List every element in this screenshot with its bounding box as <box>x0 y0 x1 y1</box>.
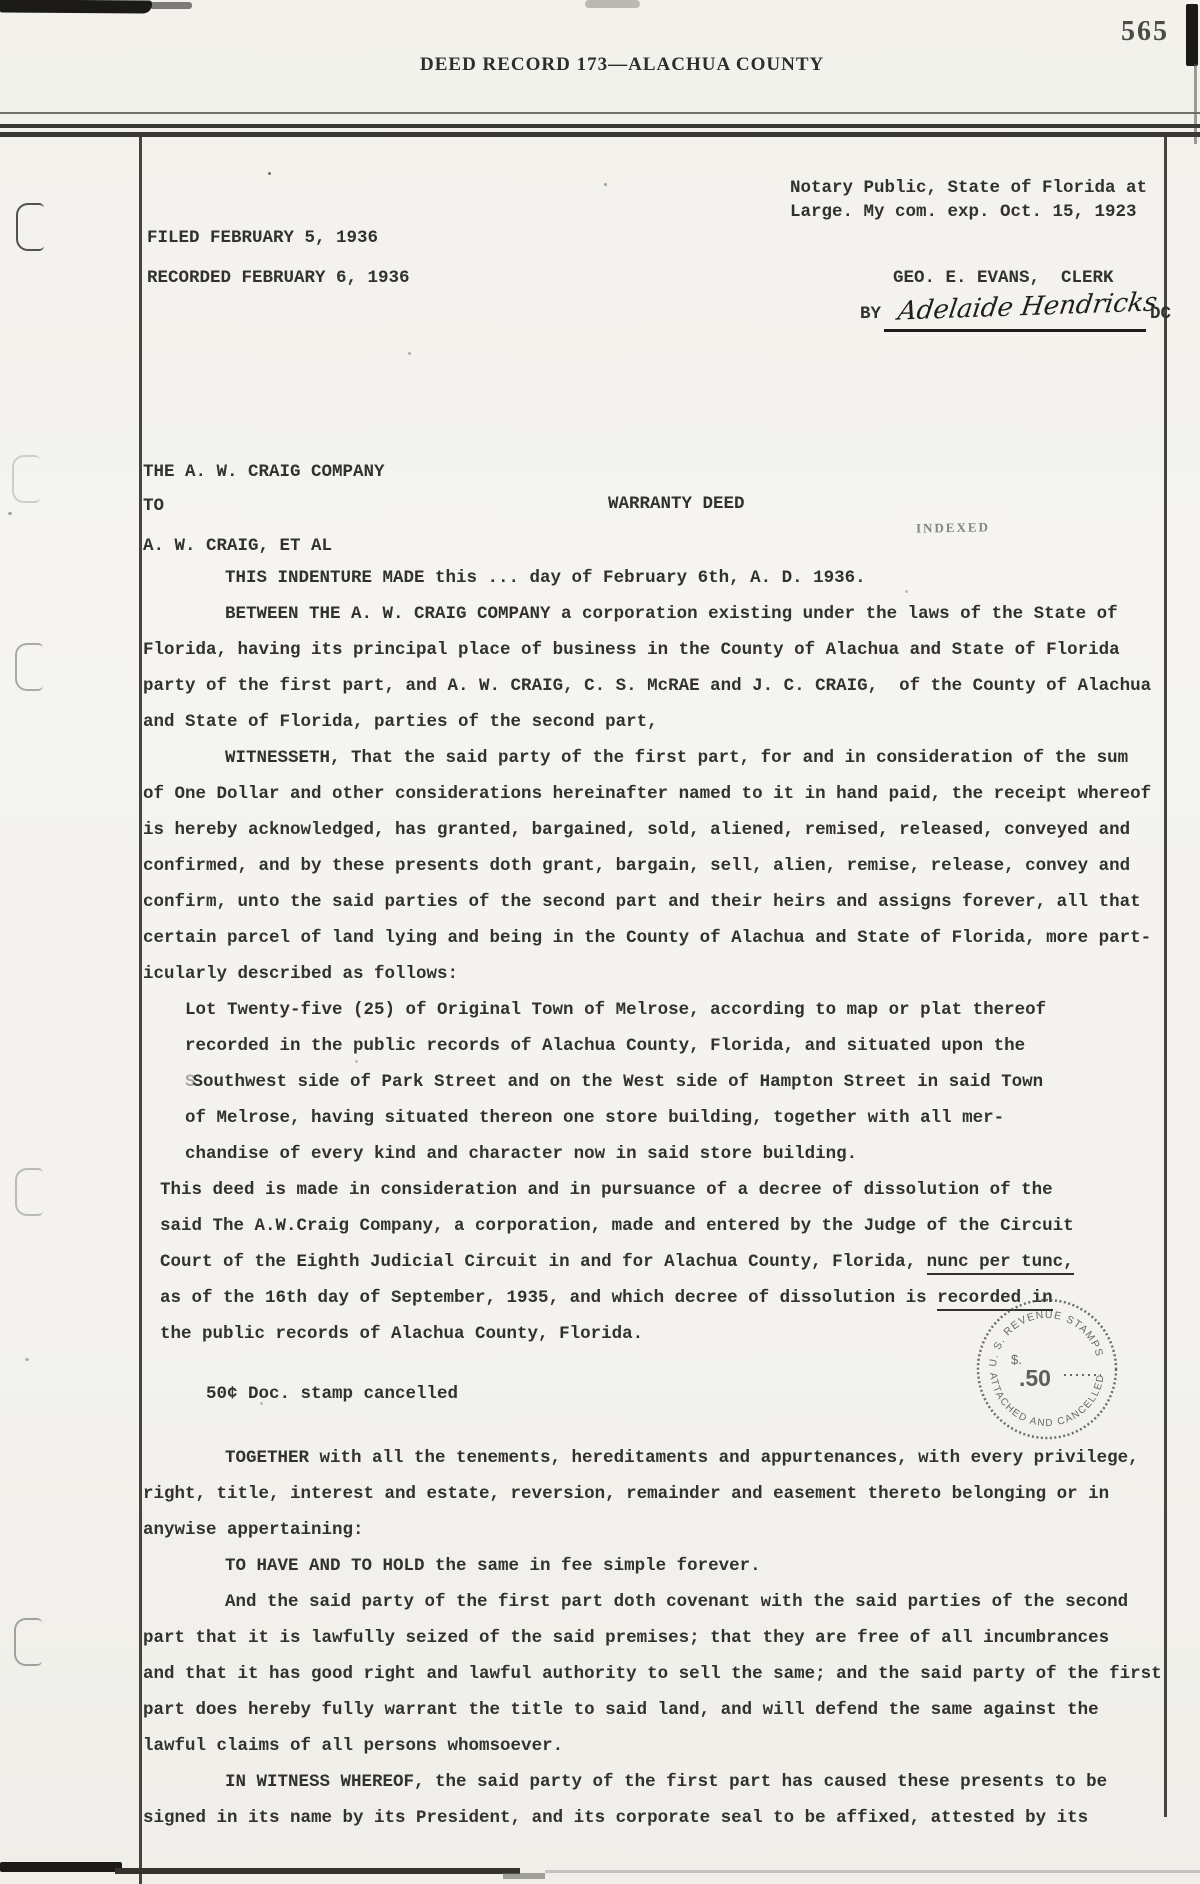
deed-text-line: party of the first part, and A. W. CRAIG… <box>143 668 1151 704</box>
property-description-line: SSouthwest side of Park Street and on th… <box>143 1064 1151 1100</box>
deed-text-line: lawful claims of all persons whomsoever. <box>143 1728 1162 1764</box>
deed-text-line: part that it is lawfully seized of the s… <box>143 1620 1162 1656</box>
doc-stamp-note: 50¢ Doc. stamp cancelled <box>206 1384 458 1404</box>
scan-smudge <box>585 0 640 8</box>
deed-text-line: This deed is made in consideration and i… <box>143 1172 1151 1208</box>
scan-smudge <box>150 2 192 9</box>
grantor-name: THE A. W. CRAIG COMPANY <box>143 462 385 482</box>
deputy-initials: DC <box>1150 304 1171 324</box>
property-description-line: chandise of every kind and character now… <box>143 1136 1151 1172</box>
bottom-rule-faint <box>545 1870 1200 1873</box>
deed-text-line: part does hereby fully warrant the title… <box>143 1692 1162 1728</box>
dust-speck <box>8 512 12 515</box>
scan-smudge <box>1186 4 1198 66</box>
deed-text-line: and that it has good right and lawful au… <box>143 1656 1162 1692</box>
dust-speck <box>25 1358 29 1361</box>
deed-text-line: anywise appertaining: <box>143 1512 1162 1548</box>
scan-smudge <box>0 0 152 14</box>
deed-text-line: said The A.W.Craig Company, a corporatio… <box>143 1208 1151 1244</box>
clerk-name-line: GEO. E. EVANS, CLERK <box>893 268 1114 288</box>
stamp-amount: .50 <box>1019 1365 1051 1391</box>
recorded-date-line: RECORDED FEBRUARY 6, 1936 <box>147 268 410 288</box>
deed-text-line: is hereby acknowledged, has granted, bar… <box>143 812 1151 848</box>
bottom-rule-dark <box>115 1868 520 1874</box>
binder-clip-mark <box>12 455 40 503</box>
deed-text-line: right, title, interest and estate, rever… <box>143 1476 1162 1512</box>
to-label: TO <box>143 496 164 516</box>
deed-text-line: Court of the Eighth Judicial Circuit in … <box>143 1244 1151 1280</box>
stamp-top-arc-text: U. S. REVENUE STAMPS <box>987 1309 1106 1368</box>
right-page-border <box>1164 137 1167 1817</box>
deed-text-line: icularly described as follows: <box>143 956 1151 992</box>
page-number: 565 <box>1121 16 1169 48</box>
notary-note-line2: Large. My com. exp. Oct. 15, 1923 <box>790 202 1137 222</box>
indexed-stamp: INDEXED <box>916 519 990 536</box>
revenue-stamp-seal: U. S. REVENUE STAMPS ATTACHED AND CANCEL… <box>974 1296 1120 1442</box>
dust-speck <box>408 352 411 355</box>
dust-speck <box>268 172 271 175</box>
deed-text-line: confirm, unto the said parties of the se… <box>143 884 1151 920</box>
deed-text-line: signed in its name by its President, and… <box>143 1800 1162 1836</box>
page-header: DEED RECORD 173—ALACHUA COUNTY <box>420 54 824 76</box>
deed-text-line: confirmed, and by these presents doth gr… <box>143 848 1151 884</box>
signature-underline <box>884 329 1146 332</box>
deed-closing-paragraphs: TOGETHER with all the tenements, heredit… <box>143 1440 1162 1836</box>
bottom-rule-mark <box>503 1873 545 1879</box>
property-description-line: recorded in the public records of Alachu… <box>143 1028 1151 1064</box>
deed-text-line: WITNESSETH, That the said party of the f… <box>143 740 1151 776</box>
deed-body-paragraphs: THIS INDENTURE MADE this ... day of Febr… <box>143 560 1151 1352</box>
deed-text-line: TO HAVE AND TO HOLD the same in fee simp… <box>143 1548 1162 1584</box>
property-description-line: Lot Twenty-five (25) of Original Town of… <box>143 992 1151 1028</box>
property-description-line: of Melrose, having situated thereon one … <box>143 1100 1151 1136</box>
deed-text-line: TOGETHER with all the tenements, heredit… <box>143 1440 1162 1476</box>
binder-clip-mark <box>15 643 43 691</box>
binder-clip-mark <box>16 203 44 251</box>
filed-date-line: FILED FEBRUARY 5, 1936 <box>147 228 378 248</box>
binder-clip-mark <box>14 1618 42 1666</box>
top-rule-lower <box>0 132 1200 137</box>
deputy-clerk-signature: Adelaide Hendricks <box>896 287 1159 326</box>
binder-clip-mark <box>15 1168 43 1216</box>
left-page-border <box>139 137 142 1884</box>
deed-text-line: THIS INDENTURE MADE this ... day of Febr… <box>143 560 1151 596</box>
top-rule-upper <box>0 124 1200 128</box>
notary-note-line1: Notary Public, State of Florida at <box>790 178 1147 198</box>
grantee-name: A. W. CRAIG, ET AL <box>143 536 332 556</box>
by-label: BY <box>860 304 881 324</box>
deed-text-line: Florida, having its principal place of b… <box>143 632 1151 668</box>
bottom-edge-smudge <box>0 1862 122 1872</box>
deed-text-line: And the said party of the first part dot… <box>143 1584 1162 1620</box>
instrument-title: WARRANTY DEED <box>608 494 745 514</box>
deed-record-scanned-page: 565 DEED RECORD 173—ALACHUA COUNTY Notar… <box>0 0 1200 1884</box>
deed-text-line: of One Dollar and other considerations h… <box>143 776 1151 812</box>
underlined-phrase: nunc per tunc, <box>927 1252 1074 1275</box>
deed-text-line: certain parcel of land lying and being i… <box>143 920 1151 956</box>
dust-speck <box>604 183 607 186</box>
deed-text-line: and State of Florida, parties of the sec… <box>143 704 1151 740</box>
deed-text-line: BETWEEN THE A. W. CRAIG COMPANY a corpor… <box>143 596 1151 632</box>
deed-text-line: IN WITNESS WHEREOF, the said party of th… <box>143 1764 1162 1800</box>
top-rule-thin <box>0 112 1200 114</box>
